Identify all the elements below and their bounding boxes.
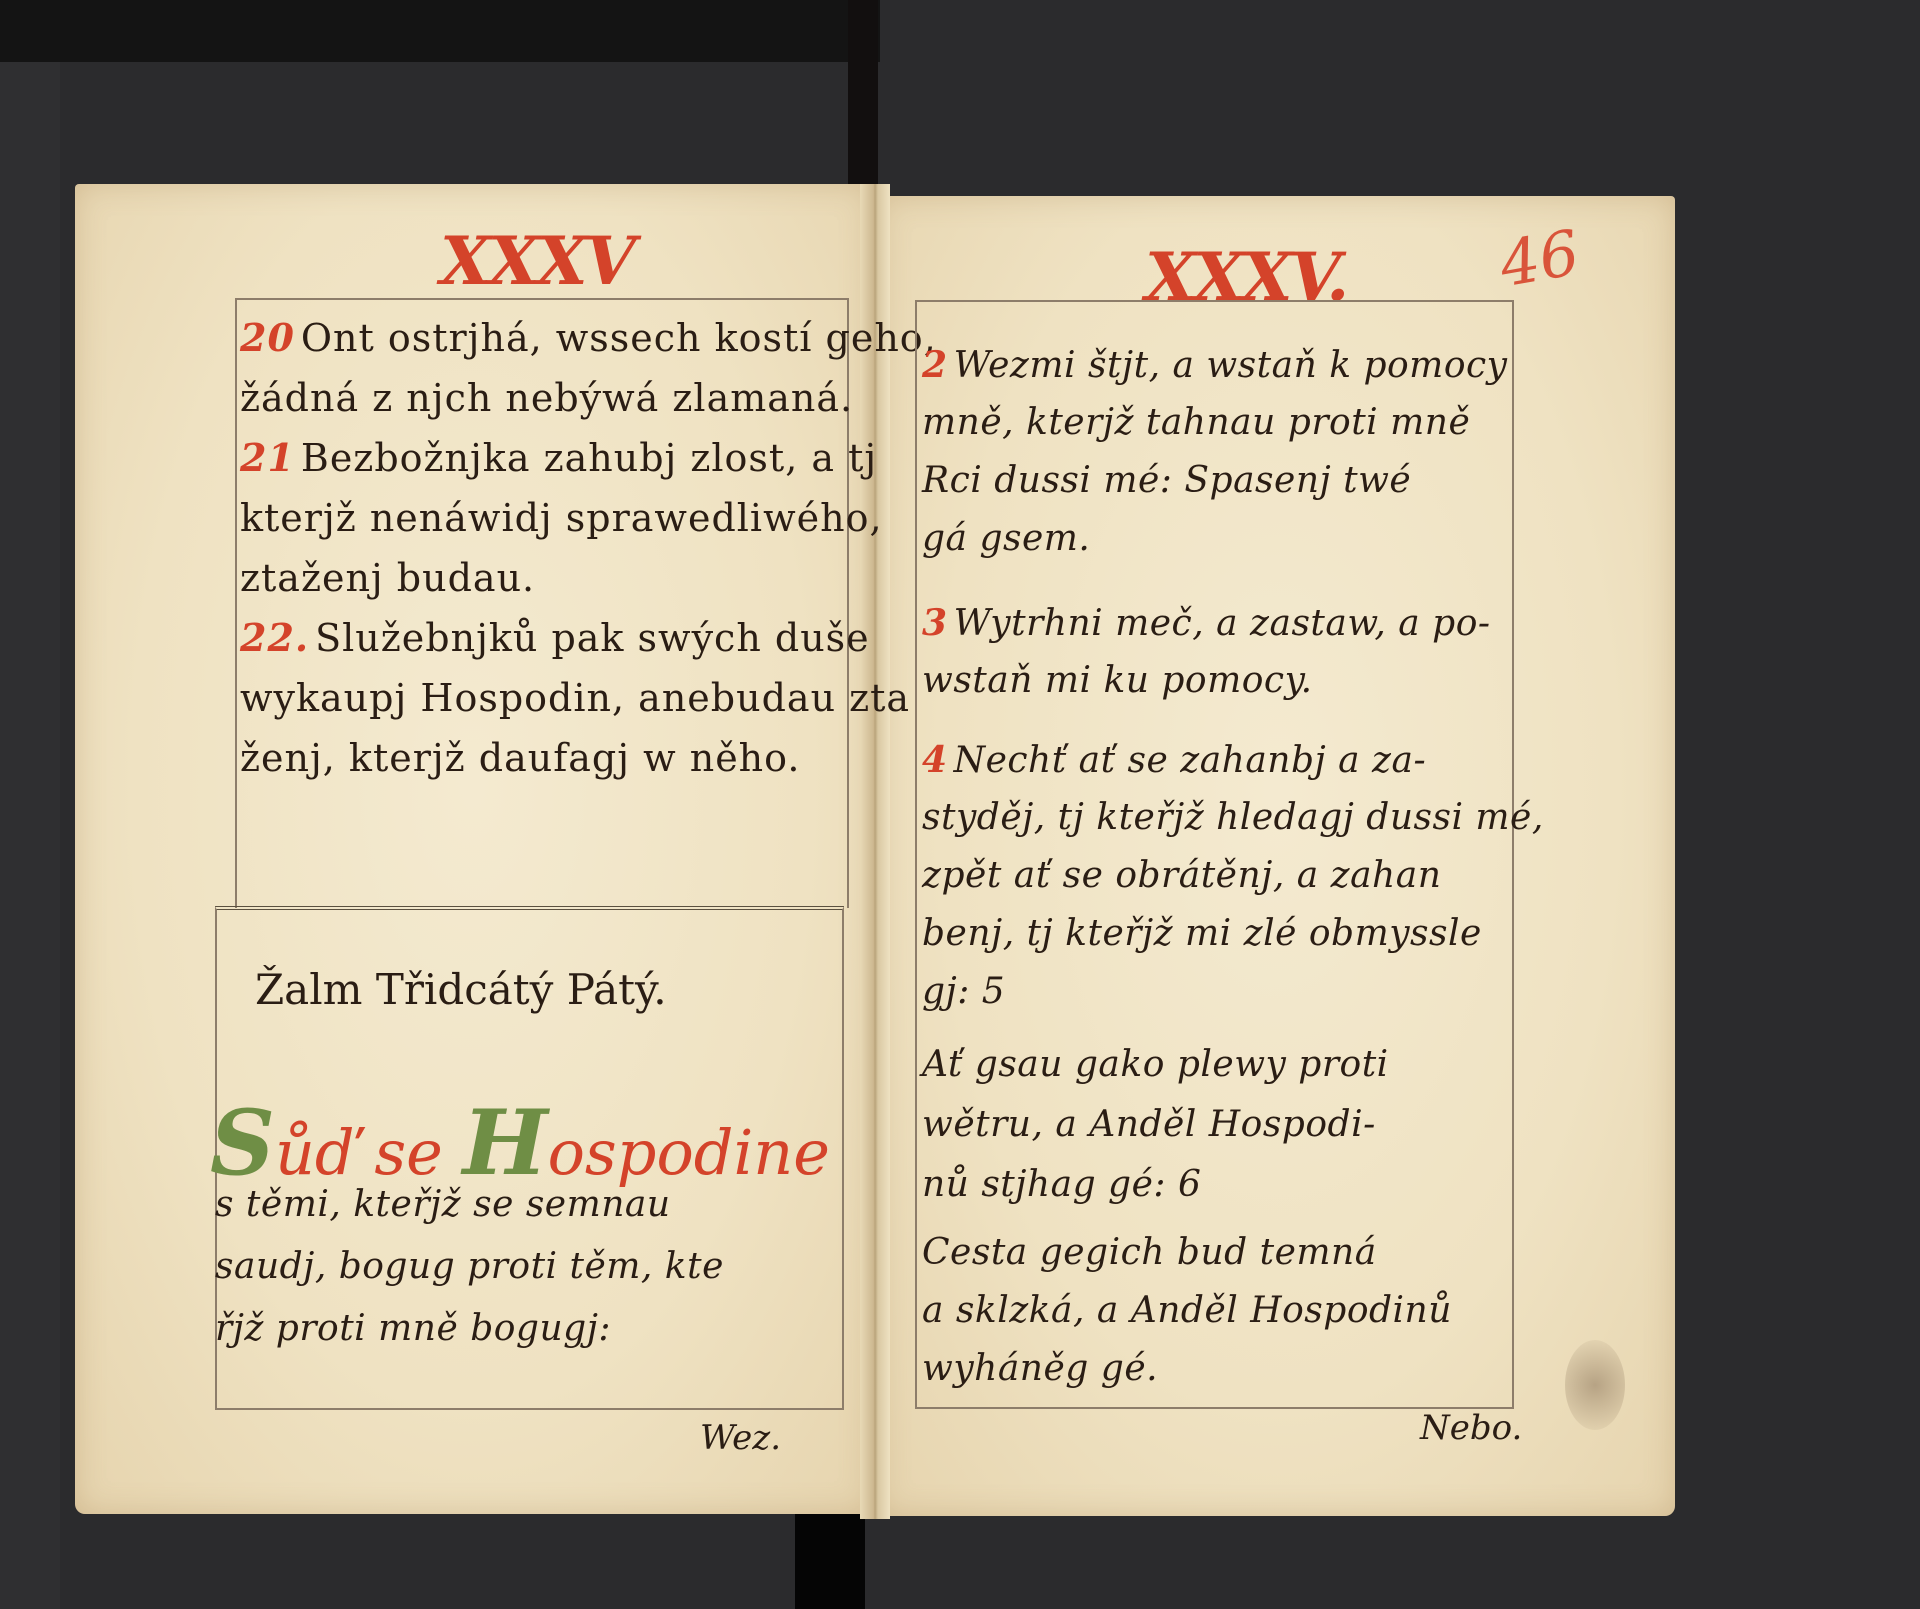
psalm-incipit: Sůď se Hospodine — [210, 1090, 830, 1196]
verse-number: 2 — [922, 344, 948, 386]
verse-line: benj, tj kteřjž mi zlé obmyssle — [922, 914, 1482, 954]
scan-background-top — [0, 0, 880, 62]
verse-line: wyháněg gé. — [922, 1349, 1158, 1389]
verse-line: zpět ať se obrátěnj, a zahan — [922, 856, 1441, 896]
psalm-title: Žalm Třidcátý Pátý. — [255, 965, 667, 1014]
verse-line: a sklzká, a Anděl Hospodinů — [922, 1291, 1452, 1331]
verse-line: Ať gsau gako plewy proti — [922, 1045, 1389, 1085]
verse-line: wykaupj Hospodin, anebudau zta — [240, 678, 910, 718]
verse-line: styděj, tj kteřjž hledagj dussi mé, — [922, 798, 1544, 838]
decorated-initial: S — [210, 1090, 275, 1196]
verse-number: 3 — [922, 602, 948, 644]
verse-number: 4 — [922, 739, 948, 781]
book-gutter — [860, 184, 890, 1519]
ink-stain — [1565, 1340, 1625, 1430]
verse-line: kterjž nenáwidj sprawedliwého, — [240, 498, 883, 538]
verse-line: Rci dussi mé: Spasenj twé — [922, 461, 1411, 501]
verse-line: 20Ont ostrjhá, wssech kostí geho, — [240, 318, 937, 358]
folio-number: 46 — [1494, 216, 1584, 302]
verse-line: Cesta gegich bud temná — [922, 1233, 1377, 1273]
verse-line: gj: 5 — [922, 972, 1005, 1012]
verse-line: ztaženj budau. — [240, 558, 535, 598]
verse-line: 3Wytrhni meč, a zastaw, a po- — [922, 603, 1491, 644]
verse-line: gá gsem. — [922, 519, 1090, 559]
verse-line: wstaň mi ku pomocy. — [922, 661, 1313, 701]
psalm-line: řjž proti mně bogugj: — [215, 1309, 611, 1349]
left-catchword: Wez. — [700, 1418, 781, 1458]
verse-line: wětru, a Anděl Hospodi- — [922, 1105, 1376, 1145]
verse-line: ženj, kterjž daufagj w něho. — [240, 738, 800, 778]
spine-shadow-bottom — [795, 1510, 865, 1609]
verse-line: nů stjhag gé: 6 — [922, 1165, 1201, 1205]
verse-line: 2Wezmi štjt, a wstaň k pomocy — [922, 345, 1508, 386]
verse-line: 22.Služebnjků pak swých duše — [240, 618, 870, 658]
spine-shadow-top — [848, 0, 878, 200]
verse-line: 4Nechť ať se zahanbj a za- — [922, 740, 1426, 781]
verse-number: 22. — [240, 615, 309, 660]
verse-number: 21 — [240, 435, 295, 480]
scan-background-left — [0, 62, 60, 1609]
verse-number: 20 — [240, 315, 295, 360]
verse-line: 21Bezbožnjka zahubj zlost, a tj — [240, 438, 877, 478]
verse-line: žádná z njch nebýwá zlamaná. — [240, 378, 853, 418]
right-catchword: Nebo. — [1420, 1408, 1522, 1448]
psalm-line: saudj, bogug proti těm, kte — [215, 1247, 724, 1287]
verse-line: mně, kterjž tahnau proti mně — [922, 403, 1470, 443]
decorated-initial: H — [463, 1090, 548, 1196]
psalm-line: s těmi, kteřjž se semnau — [215, 1185, 671, 1225]
left-chapter-heading: XXXV — [440, 222, 633, 300]
